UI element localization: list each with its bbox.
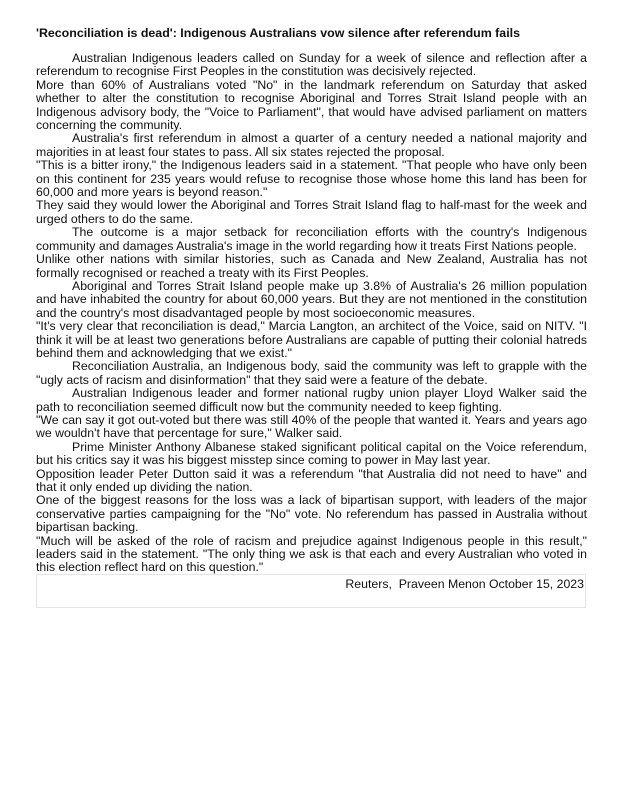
paragraph: Australia's first referendum in almost a… <box>36 132 587 159</box>
paragraph: Reconciliation Australia, an Indigenous … <box>36 360 587 387</box>
paragraph: "We can say it got out-voted but there w… <box>36 414 587 441</box>
article: 'Reconciliation is dead': Indigenous Aus… <box>36 26 587 575</box>
paragraph: More than 60% of Australians voted "No" … <box>36 79 587 133</box>
paragraph: "This is a bitter irony," the Indigenous… <box>36 159 587 199</box>
paragraph: Prime Minister Anthony Albanese staked s… <box>36 441 587 468</box>
paragraph: "It's very clear that reconciliation is … <box>36 320 587 360</box>
paragraph: Aboriginal and Torres Strait Island peop… <box>36 280 587 320</box>
paragraph: One of the biggest reasons for the loss … <box>36 494 587 534</box>
paragraph: Australian Indigenous leaders called on … <box>36 52 587 79</box>
paragraph: Opposition leader Peter Dutton said it w… <box>36 468 587 495</box>
article-title: 'Reconciliation is dead': Indigenous Aus… <box>36 26 587 41</box>
credit-box: Reuters, Praveen Menon October 15, 2023 <box>36 574 586 608</box>
paragraph: Unlike other nations with similar histor… <box>36 253 587 280</box>
paragraph: Australian Indigenous leader and former … <box>36 387 587 414</box>
paragraph: They said they would lower the Aborigina… <box>36 199 587 226</box>
paragraph: "Much will be asked of the role of racis… <box>36 535 587 575</box>
byline-credit: Reuters, Praveen Menon October 15, 2023 <box>345 577 584 591</box>
article-body: Australian Indigenous leaders called on … <box>36 52 587 575</box>
paragraph: The outcome is a major setback for recon… <box>36 226 587 253</box>
